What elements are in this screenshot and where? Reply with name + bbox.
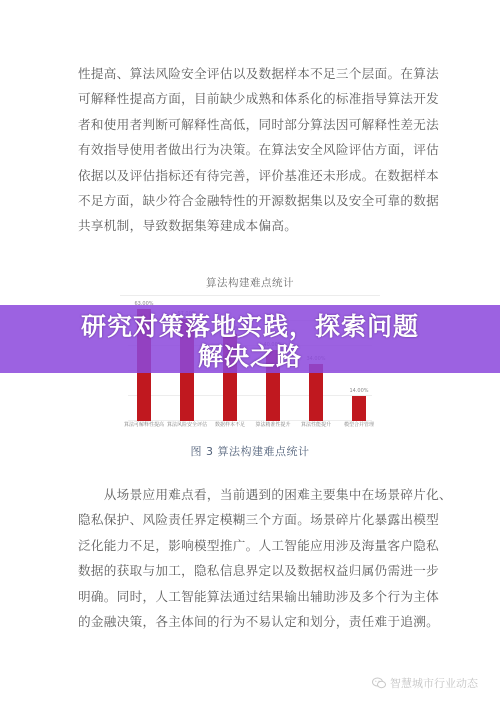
paragraph-1: 性提高、算法风险安全评估以及数据样本不足三个层面。在算法 可解释性提高方面，目前… [78, 61, 428, 239]
chart-title: 算法构建难点统计 [0, 275, 500, 290]
text-line: 泛化能力不足，影响模型推广。人工智能应用涉及海量客户隐私 [78, 533, 428, 558]
text-line: 不足方面，缺少符合金融特性的开源数据集以及安全可靠的数据 [78, 188, 428, 213]
gridline [128, 395, 372, 396]
wechat-icon [372, 677, 386, 689]
banner-title-line-1: 研究对策落地实践，探索问题 [0, 312, 500, 342]
figure-caption: 图 3 算法构建难点统计 [0, 443, 500, 459]
bar-5 [352, 396, 366, 421]
text-line: 依据以及评估指标还有待完善，评价基准还未形成。在数据样本 [78, 163, 428, 188]
banner-title: 研究对策落地实践，探索问题 解决之路 [0, 312, 500, 372]
watermark: 智慧城市行业动态 [372, 675, 478, 691]
text-line: 共享机制，导致数据集筹建成本偏高。 [78, 213, 428, 238]
text-line: 性提高、算法风险安全评估以及数据样本不足三个层面。在算法 [78, 61, 428, 86]
x-axis-label: 模型合并管理 [334, 421, 384, 428]
text-line: 数据的获取与加工，隐私信息界定以及数据权益归属仍需进一步 [78, 558, 428, 583]
text-line: 有效指导使用者做出行为决策。在算法安全风险评估方面，评估 [78, 137, 428, 162]
x-axis-labels: 算法可解释性提高 算法风险安全评估 数据样本不足 算法精准性提升 算法性能提升 … [120, 421, 380, 433]
text-line: 者和使用者判断可解释性高低，同时部分算法因可解释性差无法 [78, 112, 428, 137]
paragraph-2: 从场景应用难点看，当前遇到的困难主要集中在场景碎片化、 隐私保护、风险责任界定模… [78, 482, 428, 634]
text-line: 可解释性提高方面，目前缺少成熟和体系化的标准指导算法开发 [78, 86, 428, 111]
text-line: 从场景应用难点看，当前遇到的困难主要集中在场景碎片化、 [78, 482, 428, 507]
text-line: 隐私保护、风险责任界定模糊三个方面。场景碎片化暴露出模型 [78, 507, 428, 532]
banner-title-line-2: 解决之路 [0, 342, 500, 372]
watermark-text: 智慧城市行业动态 [390, 675, 478, 691]
text-line: 的金融决策，各主体间的行为不易认定和划分，责任难于追溯。 [78, 609, 428, 634]
text-line: 明确。同时，人工智能算法通过结果输出辅助涉及多个行为主体 [78, 584, 428, 609]
bar-label: 14.00% [339, 388, 379, 394]
